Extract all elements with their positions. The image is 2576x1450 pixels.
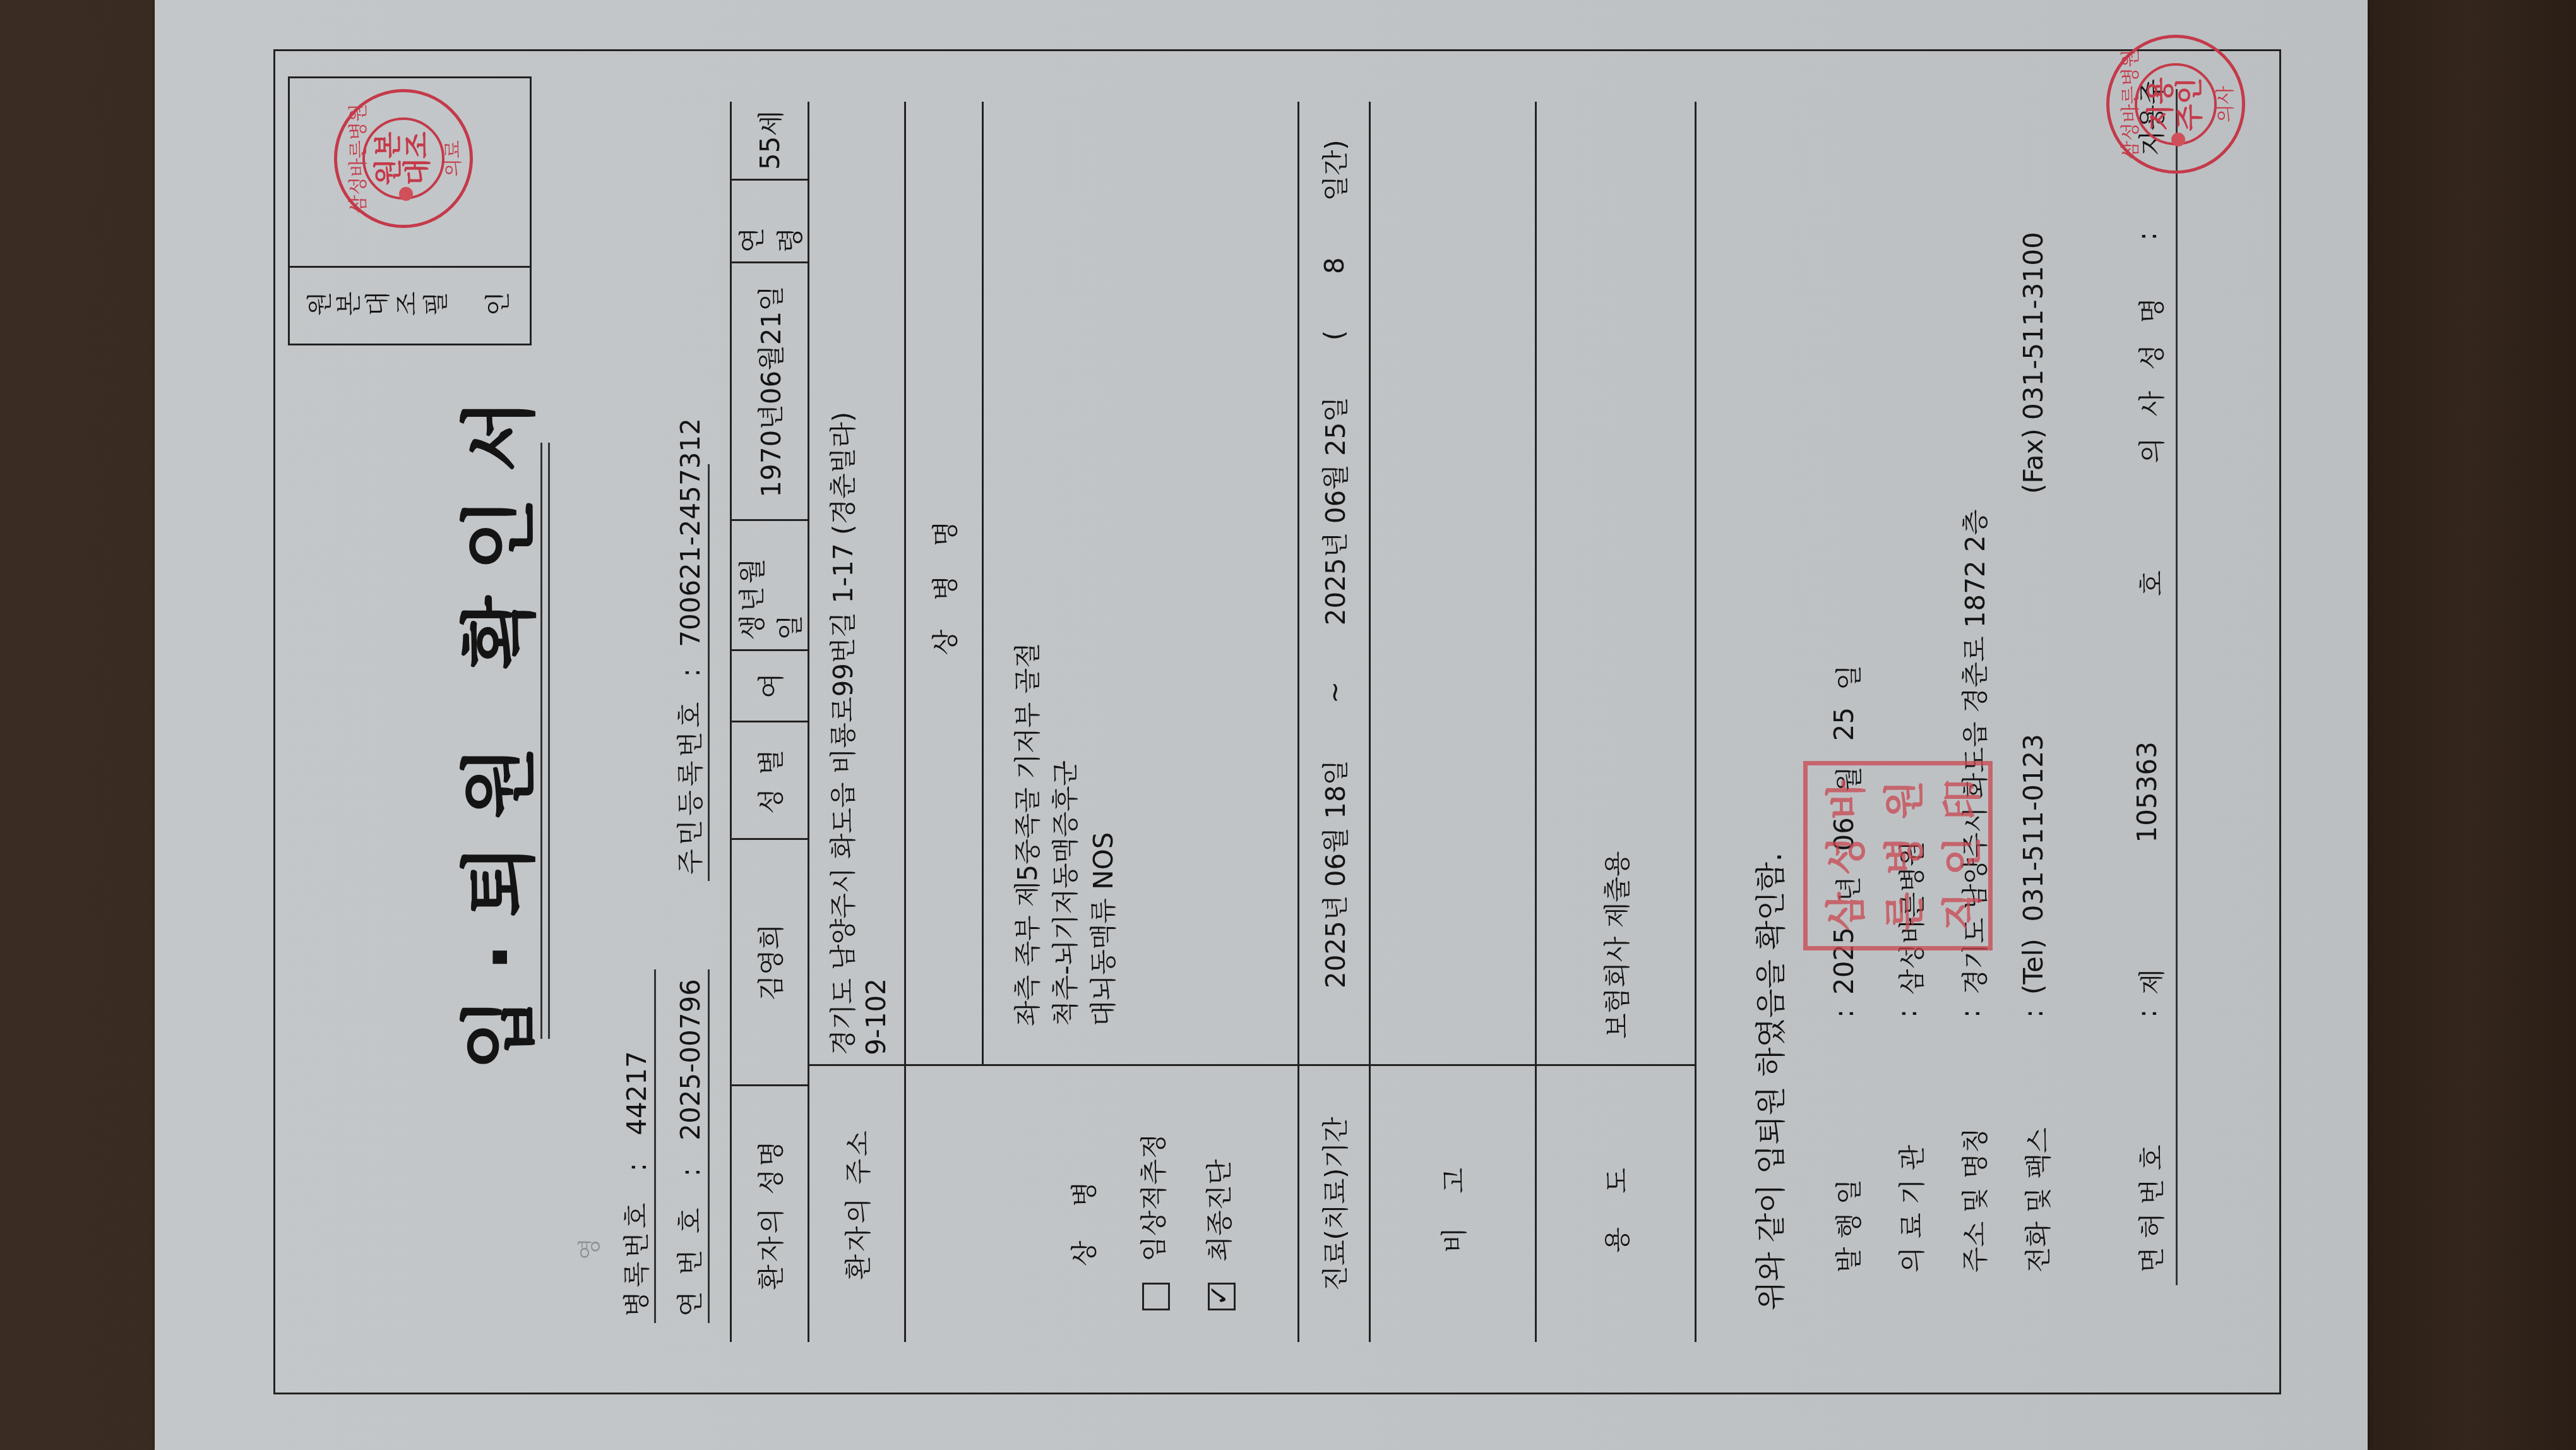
- patient-name: 김영희: [732, 838, 808, 1084]
- treatment-end: 2025년 06월 25일: [1315, 397, 1353, 625]
- treatment-start: 2025년 06월 18일: [1315, 760, 1353, 988]
- phone-row: 전화 및 팩스 : (Tel) 031-511-0123 (Fax) 031-5…: [2018, 232, 2056, 1273]
- treatment-period-row: 진료(치료)기간 2025년 06월 18일 ~ 2025년 06월 25일 (…: [1299, 102, 1371, 1342]
- age-cell: 55 세: [732, 102, 808, 179]
- record-number-row: 병록번호 : 44217: [616, 1051, 654, 1317]
- fax-prefix: (Fax): [2018, 428, 2056, 494]
- patient-address-row: 환자의 주소 경기도 남양주시 화도읍 비룡로99번길 1-17 (경춘빌라) …: [809, 102, 906, 1342]
- colon: :: [2132, 995, 2169, 1033]
- sex-value: 여: [732, 649, 808, 721]
- colon: :: [1828, 995, 1866, 1033]
- option-final-diagnosis: 최종진단: [1199, 1159, 1237, 1310]
- treatment-period-value: 2025년 06월 18일 ~ 2025년 06월 25일 ( 8 일간): [1299, 102, 1369, 1064]
- colon: :: [1892, 995, 1929, 1033]
- patient-address: 경기도 남양주시 화도읍 비룡로99번길 1-17 (경춘빌라) 9-102: [809, 102, 904, 1064]
- phone-label: 전화 및 팩스: [2018, 1033, 2056, 1273]
- patient-info-table: 환자의 성명 김영희 성 별 여 생년월일 1970년06월21일 연 령 55…: [730, 102, 1696, 1342]
- license-underline: [2176, 89, 2178, 1285]
- dob-label: 생년월일: [732, 519, 808, 649]
- patient-name-row: 환자의 성명 김영희 성 별 여 생년월일 1970년06월21일 연 령 55…: [732, 102, 809, 1342]
- serial-number-underline: [708, 969, 710, 1323]
- clinical-estimate-checkbox[interactable]: [1142, 1283, 1169, 1310]
- serial-number-label: 연 번 호: [670, 1204, 708, 1317]
- treatment-tilde: ~: [1318, 681, 1349, 704]
- doctor-seal: 삼성바른병원 지용 주인 의사: [2106, 35, 2245, 174]
- purpose-row: 용 도 보험회사 제출용: [1537, 102, 1696, 1342]
- purpose-value: 보험회사 제출용: [1537, 102, 1695, 1064]
- treatment-period-label: 진료(치료)기간: [1299, 1064, 1369, 1342]
- diagnosis-item: 대뇌동맥류 NOS: [1085, 140, 1123, 1026]
- rrn-label: 주민등록번호: [670, 698, 708, 875]
- age-unit: 세: [751, 111, 789, 136]
- remarks-row: 비 고: [1371, 102, 1537, 1342]
- remarks-label: 비 고: [1371, 1064, 1535, 1342]
- diagnosis-list: 좌측 족부 제5중족골 기저부 골절 척추-뇌기저동맥증후군 대뇌동맥류 NOS: [982, 102, 1297, 1064]
- purpose-label: 용 도: [1537, 1064, 1695, 1342]
- rrn-underline: [708, 464, 710, 881]
- clinical-estimate-label: 임상적추정: [1138, 1134, 1169, 1262]
- page-title: 입·퇴원 확인서: [439, 51, 548, 1393]
- title-underline-2: [548, 443, 550, 1039]
- doctor-name-label: 의 사 성 명: [2132, 291, 2169, 463]
- fax-number: 031-511-3100: [2018, 232, 2056, 420]
- colon: :: [1955, 995, 1993, 1033]
- faint-mark: 영: [572, 1238, 604, 1260]
- record-number-label: 병록번호: [616, 1199, 654, 1317]
- patient-address-label: 환자의 주소: [809, 1064, 904, 1342]
- record-number-underline: [654, 969, 656, 1323]
- diagnosis-type-cell: 상 병 임상적추정 최종진단: [906, 1064, 1297, 1342]
- record-number: 44217: [621, 1051, 652, 1135]
- license-number: 105363: [2132, 741, 2169, 842]
- diagnosis-name-header: 상 병 명: [906, 102, 982, 1064]
- desk-background: [2361, 0, 2576, 1450]
- license-prefix: 제: [2132, 969, 2169, 995]
- serial-number-row: 연 번 호 : 2025-00796: [670, 979, 708, 1317]
- document-frame: 원본대조필 인 삼성바른병원 원본 대조 의료 입·퇴원 확인서 영 병록번호: [273, 49, 2281, 1394]
- days-open-paren: (: [1318, 330, 1349, 340]
- hospital-official-seal: 삼성바 른병원 직인印: [1803, 761, 1993, 950]
- diagnosis-item: 좌측 족부 제5중족골 기저부 골절: [1009, 140, 1047, 1026]
- patient-name-label: 환자의 성명: [732, 1084, 808, 1342]
- colon: :: [2018, 995, 2056, 1033]
- address-line-1: 경기도 남양주시 화도읍 비룡로99번길 1-17 (경춘빌라): [822, 412, 860, 1055]
- treatment-days-unit: 일간): [1315, 140, 1353, 201]
- rrn-row: 주민등록번호 : 700621-2457312: [670, 418, 708, 875]
- diagnosis-section-label: 상 병: [1064, 1169, 1102, 1267]
- tel-prefix: (Tel): [2018, 938, 2056, 995]
- title-underline: [540, 443, 542, 1039]
- option-clinical-estimate: 임상적추정: [1133, 1134, 1171, 1310]
- remarks-value: [1371, 102, 1535, 1064]
- license-suffix: 호: [2132, 571, 2169, 597]
- tel-number: 031-511-0123: [2018, 734, 2056, 922]
- dob-value: 1970년06월21일: [732, 261, 808, 519]
- final-diagnosis-label: 최종진단: [1204, 1159, 1235, 1261]
- institution-label: 의 료 기 관: [1892, 1033, 1929, 1273]
- license-row: 면 허 번 호 : 제 105363 호 의 사 성 명 : 지용주: [2132, 79, 2169, 1273]
- diagnosis-item: 척추-뇌기저동맥증후군: [1047, 140, 1085, 1026]
- diagnosis-row: 상 병 임상적추정 최종진단 상 병 명 좌측 족부 제5: [906, 102, 1299, 1342]
- final-diagnosis-checkbox[interactable]: [1207, 1283, 1235, 1310]
- address-label: 주소 및 명칭: [1955, 1033, 1993, 1273]
- day-unit: 일: [1828, 665, 1866, 691]
- issue-day: 25: [1828, 707, 1866, 741]
- admission-discharge-certificate: 원본대조필 인 삼성바른병원 원본 대조 의료 입·퇴원 확인서 영 병록번호: [223, 11, 2338, 1439]
- paper-sheet: 원본대조필 인 삼성바른병원 원본 대조 의료 입·퇴원 확인서 영 병록번호: [155, 0, 2368, 1450]
- issue-date-label: 발 행 일: [1828, 1033, 1866, 1273]
- age-label: 연 령: [732, 179, 808, 261]
- rrn-value: 700621-2457312: [675, 418, 706, 647]
- serial-number: 2025-00796: [675, 979, 706, 1141]
- license-label: 면 허 번 호: [2132, 1033, 2169, 1273]
- colon: :: [2132, 232, 2169, 241]
- address-line-2: 9-102: [860, 978, 891, 1055]
- confirmation-statement: 위와 같이 입퇴원 하였음을 확인함.: [1746, 853, 1790, 1310]
- treatment-days: 8: [1318, 257, 1349, 274]
- sex-label: 성 별: [732, 721, 808, 839]
- age-value: 55: [754, 136, 785, 170]
- issue-date-row: 발 행 일 : 2025 년 06 월 25 일: [1828, 665, 1866, 1273]
- diagnosis-content: 상 병 명 좌측 족부 제5중족골 기저부 골절 척추-뇌기저동맥증후군 대뇌동…: [906, 102, 1297, 1064]
